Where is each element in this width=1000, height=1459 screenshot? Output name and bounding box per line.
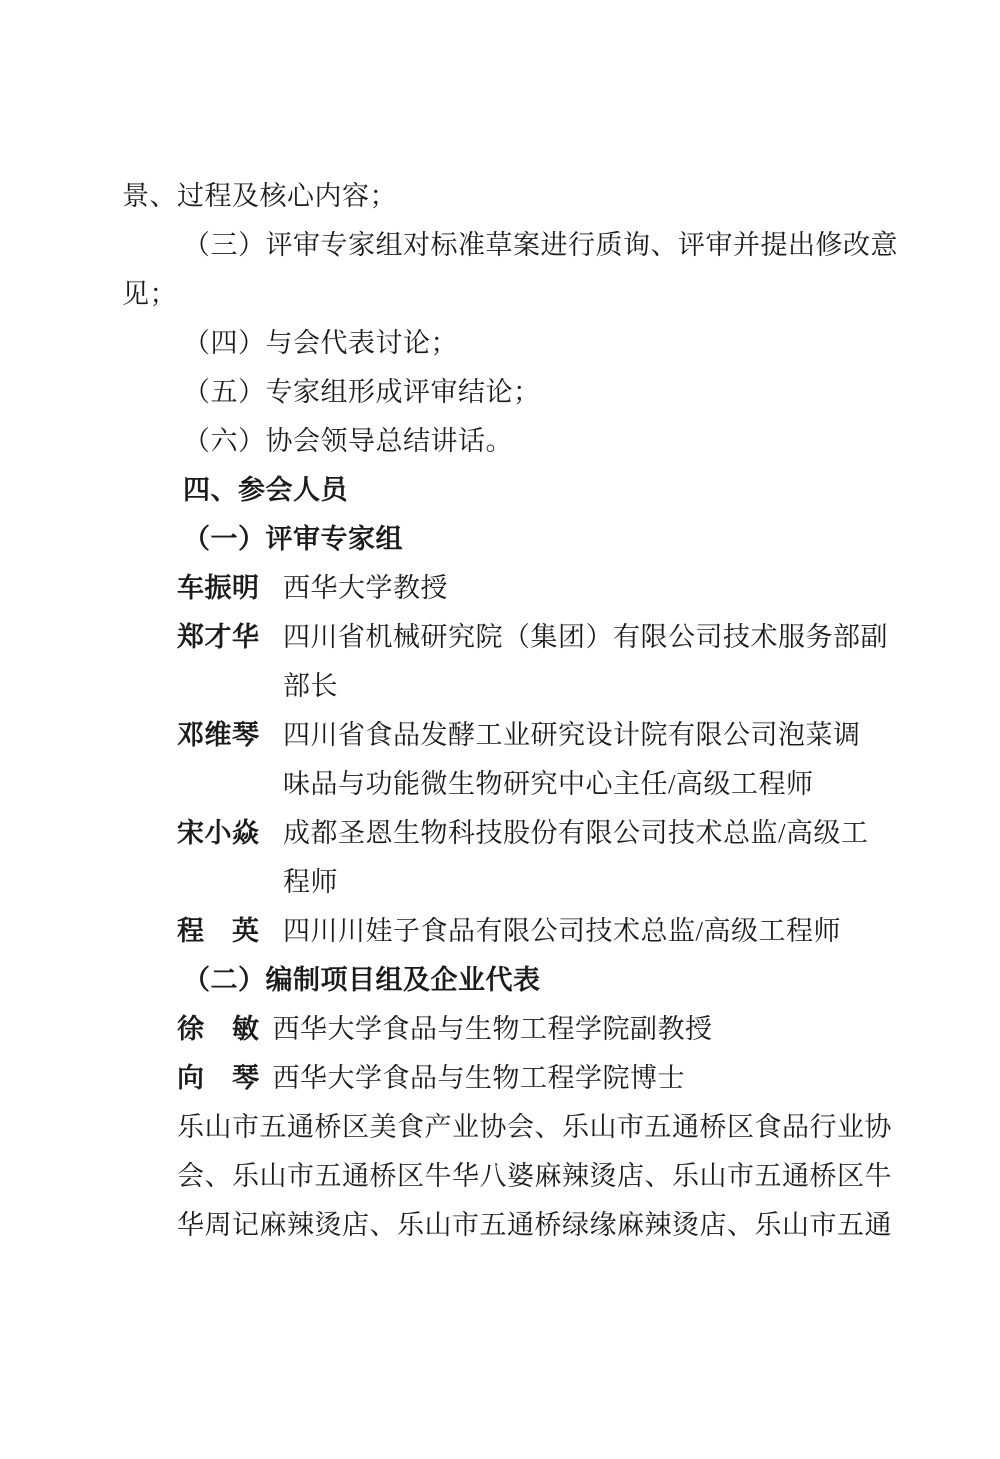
expert-row: 车振明 西华大学教授 bbox=[122, 564, 882, 613]
expert-row: 程 英 四川川娃子食品有限公司技术总监/高级工程师 bbox=[122, 907, 882, 956]
list-item-6: （六）协会领导总结讲话。 bbox=[122, 417, 882, 466]
paragraph-tail: 景、过程及核心内容； bbox=[122, 172, 882, 221]
list-item-3-line1: （三）评审专家组对标准草案进行质询、评审并提出修改意 bbox=[122, 221, 882, 270]
expert-desc-line: 四川省机械研究院（集团）有限公司技术服务部副 bbox=[283, 613, 882, 662]
expert-desc-line: 部长 bbox=[283, 662, 882, 711]
company-paragraph-line: 华周记麻辣烫店、乐山市五通桥绿缘麻辣烫店、乐山市五通 bbox=[122, 1201, 882, 1250]
list-item-3-line2: 见； bbox=[122, 270, 882, 319]
expert-desc: 四川川娃子食品有限公司技术总监/高级工程师 bbox=[283, 907, 882, 956]
subsection-heading-expert-group: （一）评审专家组 bbox=[122, 515, 882, 564]
section-heading-participants: 四、参会人员 bbox=[122, 466, 882, 515]
list-item-5: （五）专家组形成评审结论； bbox=[122, 368, 882, 417]
expert-desc-line: 味品与功能微生物研究中心主任/高级工程师 bbox=[283, 760, 882, 809]
member-name: 向 琴 bbox=[177, 1054, 260, 1103]
expert-desc-line: 四川川娃子食品有限公司技术总监/高级工程师 bbox=[283, 907, 882, 956]
expert-name: 邓维琴 bbox=[177, 711, 283, 760]
expert-desc-line: 四川省食品发酵工业研究设计院有限公司泡菜调 bbox=[283, 711, 882, 760]
member-desc: 西华大学食品与生物工程学院博士 bbox=[273, 1054, 686, 1103]
company-paragraph-line: 会、乐山市五通桥区牛华八婆麻辣烫店、乐山市五通桥区牛 bbox=[122, 1152, 882, 1201]
expert-name: 车振明 bbox=[177, 564, 283, 613]
expert-desc: 四川省机械研究院（集团）有限公司技术服务部副 部长 bbox=[283, 613, 882, 711]
expert-row: 邓维琴 四川省食品发酵工业研究设计院有限公司泡菜调 味品与功能微生物研究中心主任… bbox=[122, 711, 882, 809]
subsection-heading-drafting-group: （二）编制项目组及企业代表 bbox=[122, 956, 882, 1005]
document-page: 景、过程及核心内容； （三）评审专家组对标准草案进行质询、评审并提出修改意 见；… bbox=[0, 0, 1000, 1459]
expert-row: 宋小焱 成都圣恩生物科技股份有限公司技术总监/高级工 程师 bbox=[122, 809, 882, 907]
member-desc: 西华大学食品与生物工程学院副教授 bbox=[273, 1005, 713, 1054]
company-paragraph-line: 乐山市五通桥区美食产业协会、乐山市五通桥区食品行业协 bbox=[122, 1103, 882, 1152]
document-body: 景、过程及核心内容； （三）评审专家组对标准草案进行质询、评审并提出修改意 见；… bbox=[122, 172, 882, 1250]
expert-desc-line: 西华大学教授 bbox=[283, 564, 882, 613]
expert-name: 宋小焱 bbox=[177, 809, 283, 858]
list-item-4: （四）与会代表讨论； bbox=[122, 319, 882, 368]
member-row: 向 琴 西华大学食品与生物工程学院博士 bbox=[122, 1054, 882, 1103]
member-name: 徐 敏 bbox=[177, 1005, 260, 1054]
expert-desc: 四川省食品发酵工业研究设计院有限公司泡菜调 味品与功能微生物研究中心主任/高级工… bbox=[283, 711, 882, 809]
expert-name: 郑才华 bbox=[177, 613, 283, 662]
expert-row: 郑才华 四川省机械研究院（集团）有限公司技术服务部副 部长 bbox=[122, 613, 882, 711]
expert-desc: 成都圣恩生物科技股份有限公司技术总监/高级工 程师 bbox=[283, 809, 882, 907]
expert-desc: 西华大学教授 bbox=[283, 564, 882, 613]
member-row: 徐 敏 西华大学食品与生物工程学院副教授 bbox=[122, 1005, 882, 1054]
expert-desc-line: 程师 bbox=[283, 858, 882, 907]
expert-name: 程 英 bbox=[177, 907, 283, 956]
expert-desc-line: 成都圣恩生物科技股份有限公司技术总监/高级工 bbox=[283, 809, 882, 858]
